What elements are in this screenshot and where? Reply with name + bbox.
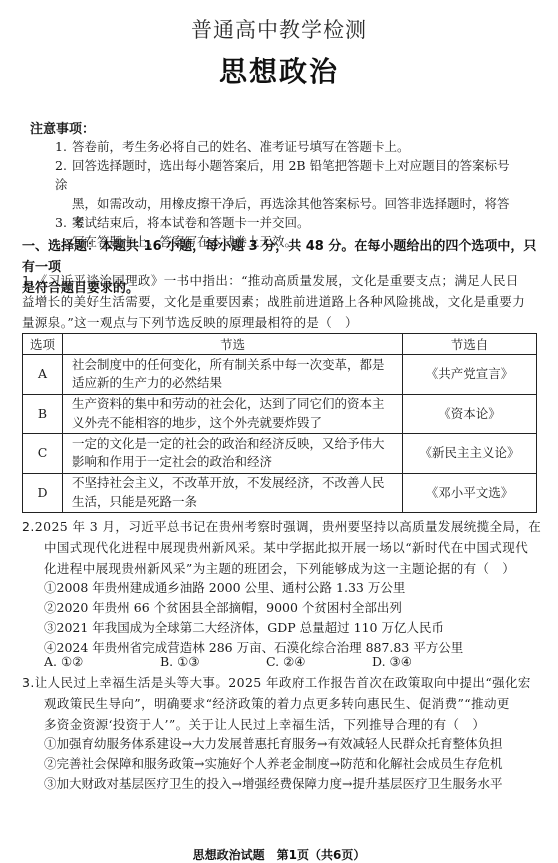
- excerpt-line: 义外壳不能相容的地步，这个外壳就要炸毁了: [72, 414, 396, 433]
- column-header-source: 节选自: [403, 334, 537, 355]
- question-text-line: 量源泉。”这一观点与下列节选反映的原理最相符的是（ ）: [22, 312, 542, 333]
- note-text: 考试结束后，将本试卷和答题卡一并交回。: [72, 215, 310, 230]
- excerpt-line: 一定的文化是一定的社会的政治和经济反映，又给予伟大: [72, 435, 396, 454]
- question-number: 3.: [22, 675, 35, 690]
- excerpt-line: 影响和作用于一定社会的政治和经济: [72, 453, 396, 472]
- question-number: 2.: [22, 519, 35, 534]
- question-text-line: 观政策民生导向”，明确要求“经济政策的着力点更多转向惠民生、促消费”“推动更: [22, 693, 542, 714]
- excerpt-source: 《邓小平文选》: [403, 473, 537, 513]
- excerpt-source: 《新民主主义论》: [403, 434, 537, 474]
- table-row: B 生产资料的集中和劳动的社会化，达到了同它们的资本主义外壳不能相容的地步，这个…: [23, 394, 537, 434]
- choice-c: C. ②④: [266, 652, 305, 672]
- page-footer: 思想政治试题第1页（共6页）: [0, 846, 558, 863]
- excerpt-source: 《共产党宣言》: [403, 355, 537, 395]
- table-row: D 不坚持社会主义，不改革开放，不发展经济，不改善人民生活，只能是死路一条 《邓…: [23, 473, 537, 513]
- excerpt-text: 社会制度中的任何变化，所有制关系中每一次变革，都是适应新的生产力的必然结果: [63, 355, 403, 395]
- notes-heading: 注意事项：: [30, 118, 95, 137]
- note-number: 2.: [55, 156, 72, 175]
- question-1: 1.《习近平谈治国理政》一书中指出：“推动高质量发展，文化是重要支点；满足人民日…: [22, 270, 542, 333]
- question-2: 2.2025 年 3 月，习近平总书记在贵州考察时强调，贵州要坚持以高质量发展统…: [22, 516, 542, 579]
- excerpt-text: 一定的文化是一定的社会的政治和经济反映，又给予伟大影响和作用于一定社会的政治和经…: [63, 434, 403, 474]
- choice-a: A. ①②: [44, 652, 83, 672]
- question-text-line: 多资金资源‘投资于人’”。关于让人民过上幸福生活，下列推导合理的有（ ）: [22, 714, 542, 735]
- question-text-line: 让人民过上幸福生活是头等大事。2025 年政府工作报告首次在政策取向中提出“强化…: [35, 675, 531, 690]
- question-text-line: 益增长的美好生活需要，文化是重要因素；战胜前进道路上各种风险挑战，文化是重要力: [22, 291, 542, 312]
- question-3: 3.让人民过上幸福生活是头等大事。2025 年政府工作报告首次在政策取向中提出“…: [22, 672, 542, 735]
- option-label: D: [23, 473, 63, 513]
- statement-3: ③2021 年我国成为全球第二大经济体，GDP 总量超过 110 万亿人民币: [44, 618, 444, 638]
- statement-2: ②2020 年贵州 66 个贫困县全部摘帽，9000 个贫困村全部出列: [44, 598, 402, 618]
- statement-2: ②完善社会保障和服务政策→实施好个人养老金制度→防范和化解社会成员生存危机: [44, 754, 502, 774]
- footer-page-number: 第1页（共6页）: [277, 848, 366, 862]
- excerpt-line: 适应新的生产力的必然结果: [72, 374, 396, 393]
- excerpt-line: 生活，只能是死路一条: [72, 493, 396, 512]
- question-text-line: 《习近平谈治国理政》一书中指出：“推动高质量发展，文化是重要支点；满足人民日: [35, 273, 519, 288]
- question-text-line: 2025 年 3 月，习近平总书记在贵州考察时强调，贵州要坚持以高质量发展统揽全…: [35, 519, 541, 534]
- table-row: C 一定的文化是一定的社会的政治和经济反映，又给予伟大影响和作用于一定社会的政治…: [23, 434, 537, 474]
- exam-subtitle: 普通高中教学检测: [0, 14, 558, 44]
- note-text: 答卷前，考生务必将自己的姓名、准考证号填写在答题卡上。: [72, 139, 410, 154]
- excerpt-text: 生产资料的集中和劳动的社会化，达到了同它们的资本主义外壳不能相容的地步，这个外壳…: [63, 394, 403, 434]
- option-label: C: [23, 434, 63, 474]
- choice-b: B. ①③: [160, 652, 200, 672]
- choice-d: D. ③④: [372, 652, 412, 672]
- excerpt-line: 不坚持社会主义，不改革开放，不发展经济，不改善人民: [72, 474, 396, 493]
- option-label: B: [23, 394, 63, 434]
- note-item-1: 1.答卷前，考生务必将自己的姓名、准考证号填写在答题卡上。: [55, 137, 515, 156]
- note-number: 3.: [55, 213, 72, 232]
- question-number: 1.: [22, 273, 35, 288]
- excerpt-source: 《资本论》: [403, 394, 537, 434]
- note-item-3: 3.考试结束后，将本试卷和答题卡一并交回。: [55, 213, 515, 232]
- statement-3: ③加大财政对基层医疗卫生的投入→增强经费保障力度→提升基层医疗卫生服务水平: [44, 774, 502, 794]
- excerpt-table: 选项 节选 节选自 A 社会制度中的任何变化，所有制关系中每一次变革，都是适应新…: [22, 333, 537, 513]
- table-header-row: 选项 节选 节选自: [23, 334, 537, 355]
- note-number: 1.: [55, 137, 72, 156]
- footer-subject: 思想政治试题: [193, 848, 265, 862]
- option-label: A: [23, 355, 63, 395]
- question-text-line: 中国式现代化进程中展现贵州新风采。某中学据此拟开展一场以“新时代在中国式现代: [22, 537, 542, 558]
- note-text-line: 回答选择题时，选出每小题答案后，用 2B 铅笔把答题卡上对应题目的答案标号涂: [55, 158, 510, 192]
- statement-1: ①2008 年贵州建成通乡油路 2000 公里、通村公路 1.33 万公里: [44, 578, 405, 598]
- statement-1: ①加强育幼服务体系建设→大力发展普惠托育服务→有效减轻人民群众托育整体负担: [44, 734, 502, 754]
- exam-title: 思想政治: [0, 50, 558, 90]
- question-text-line: 化进程中展现贵州新风采”为主题的班团会，下列能够成为这一主题论据的有（ ）: [22, 558, 542, 579]
- column-header-excerpt: 节选: [63, 334, 403, 355]
- excerpt-line: 社会制度中的任何变化，所有制关系中每一次变革，都是: [72, 356, 396, 375]
- excerpt-text: 不坚持社会主义，不改革开放，不发展经济，不改善人民生活，只能是死路一条: [63, 473, 403, 513]
- column-header-option: 选项: [23, 334, 63, 355]
- table-row: A 社会制度中的任何变化，所有制关系中每一次变革，都是适应新的生产力的必然结果 …: [23, 355, 537, 395]
- excerpt-line: 生产资料的集中和劳动的社会化，达到了同它们的资本主: [72, 395, 396, 414]
